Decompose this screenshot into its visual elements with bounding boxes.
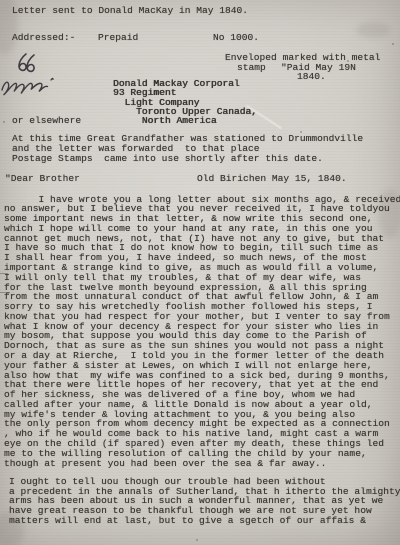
- scan-smudge: [356, 22, 390, 38]
- letter-body: I have wrote you a long letter about six…: [4, 195, 400, 469]
- envelope-stamp-year: 1840.: [297, 72, 326, 82]
- text-line: North America: [113, 116, 257, 125]
- handwritten-scrawl: [2, 82, 48, 95]
- text-line: Postage Stamps came into use shortly aft…: [12, 154, 363, 164]
- scan-speck: [196, 539, 198, 541]
- dateline: Old Birichen May 15, 1840.: [197, 174, 347, 184]
- text-line: though at present you had been over the …: [4, 459, 400, 469]
- handwritten-tick: [51, 78, 53, 80]
- closing-paragraph: I ought to tell uou though our trouble h…: [9, 477, 400, 526]
- handwritten-six: [27, 55, 34, 71]
- handwritten-six: [19, 54, 26, 70]
- address-block: Donald Mackay Corporal93 Regiment Light …: [113, 79, 257, 125]
- envelope-stamp-label: stamp: [237, 63, 266, 73]
- letter-caption: Letter sent to Donald MacKay in May 1840…: [12, 6, 248, 16]
- addressed-prepaid: Prepaid: [98, 33, 138, 43]
- scan-speck: [3, 121, 5, 123]
- scanned-letter-page: Letter sent to Donald MacKay in May 1840…: [0, 0, 400, 545]
- addressed-label: Addressed:-: [12, 33, 75, 43]
- salutation: "Dear Brother: [5, 174, 80, 184]
- or-elsewhere-note: or elsewhere: [12, 116, 81, 126]
- scan-speck: [392, 43, 394, 45]
- handwritten-annotation: [0, 50, 64, 110]
- historical-note: At this time Great Grandfather was stati…: [12, 134, 363, 164]
- addressed-number: No 1000.: [213, 33, 259, 43]
- text-line: matters will end at last, but to give a …: [9, 516, 400, 526]
